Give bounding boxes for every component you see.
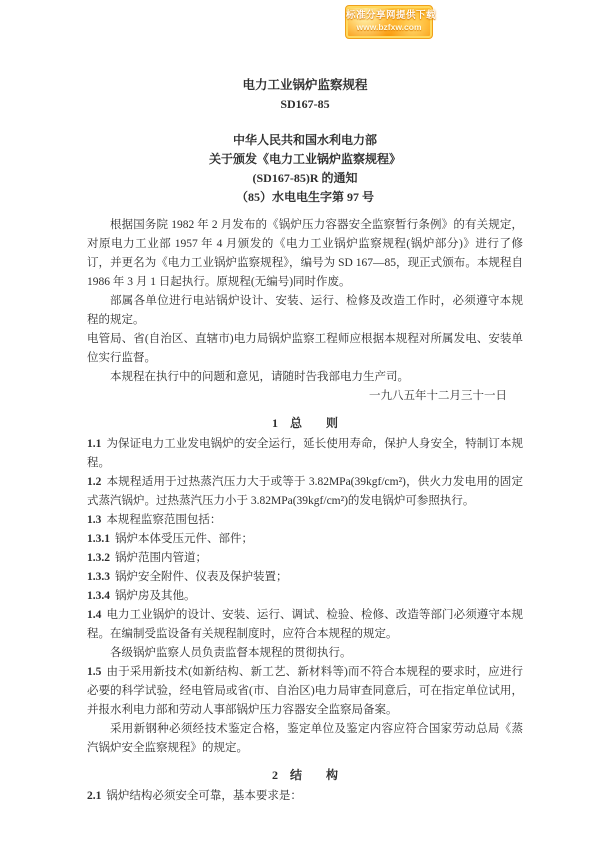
clause-number: 1.3.3 [87, 571, 110, 583]
issue-date: 一九八五年十二月三十一日 [87, 387, 523, 406]
preamble-paragraph-3: 电管局、省(自治区、直辖市)电力局锅炉监察工程师应根据本规程对所属发电、安装单位… [87, 330, 523, 368]
clause-2-1: 2.1锅炉结构必须安全可靠，基本要求是： [87, 787, 523, 806]
section-2-heading: 2 结 构 [87, 766, 523, 785]
clause-number: 1.1 [87, 438, 101, 450]
clause-text: 锅炉房及其他。 [115, 590, 196, 602]
clause-1-3-4: 1.3.4锅炉房及其他。 [87, 587, 523, 606]
notice-doc-number: (SD167-85)R 的通知 [87, 169, 523, 188]
notice-issuer: 中华人民共和国水利电力部 [87, 131, 523, 150]
clause-number: 2.1 [87, 790, 101, 802]
document-title: 电力工业锅炉监察规程 [87, 76, 523, 95]
preamble-paragraph-2: 部属各单位进行电站锅炉设计、安装、运行、检修及改造工作时，必须遵守本规程的规定。 [87, 292, 523, 330]
clause-1-3-2: 1.3.2锅炉范围内管道； [87, 549, 523, 568]
preamble-paragraph-1: 根据国务院 1982 年 2 月发布的《锅炉压力容器安全监察暂行条例》的有关规定… [87, 216, 523, 292]
clause-1-5-supplement: 采用新钢种必须经技术鉴定合格，鉴定单位及鉴定内容应符合国家劳动总局《蒸汽锅炉安全… [87, 720, 523, 758]
clause-text: 本规程适用于过热蒸汽压力大于或等于 3.82MPa(39kgf/cm²)，供火力… [87, 476, 523, 507]
section-1-heading: 1 总 则 [87, 414, 523, 433]
clause-1-4-supplement: 各级锅炉监察人员负责监督本规程的贯彻执行。 [87, 644, 523, 663]
document-code: SD167-85 [87, 95, 523, 114]
notice-ref-number: （85）水电电生字第 97 号 [87, 188, 523, 207]
document-body: 根据国务院 1982 年 2 月发布的《锅炉压力容器安全监察暂行条例》的有关规定… [87, 216, 523, 806]
clause-number: 1.4 [87, 609, 101, 621]
clause-1-1: 1.1为保证电力工业发电锅炉的安全运行，延长使用寿命，保护人身安全，特制订本规程… [87, 435, 523, 473]
clause-text: 锅炉范围内管道； [115, 552, 207, 564]
clause-text: 锅炉本体受压元件、部件； [115, 533, 253, 545]
preamble-paragraph-4: 本规程在执行中的问题和意见，请随时告我部电力生产司。 [87, 368, 523, 387]
clause-number: 1.3.2 [87, 552, 110, 564]
clause-text: 本规程监察范围包括： [106, 514, 221, 526]
clause-1-3-3: 1.3.3锅炉安全附件、仪表及保护装置； [87, 568, 523, 587]
clause-text: 为保证电力工业发电锅炉的安全运行，延长使用寿命，保护人身安全，特制订本规程。 [87, 438, 523, 469]
clause-number: 1.3.4 [87, 590, 110, 602]
document-content: 电力工业锅炉监察规程 SD167-85 中华人民共和国水利电力部 关于颁发《电力… [87, 0, 523, 806]
document-page: 标准分享网提供下载 www.bzfxw.com 电力工业锅炉监察规程 SD167… [0, 0, 600, 849]
clause-1-3: 1.3本规程监察范围包括： [87, 511, 523, 530]
clause-1-2: 1.2本规程适用于过热蒸汽压力大于或等于 3.82MPa(39kgf/cm²)，… [87, 473, 523, 511]
clause-text: 由于采用新技术(如新结构、新工艺、新材料等)而不符合本规程的要求时，应进行必要的… [87, 666, 523, 716]
clause-text: 电力工业锅炉的设计、安装、运行、调试、检验、检修、改造等部门必须遵守本规程。在编… [87, 609, 523, 640]
clause-number: 1.2 [87, 476, 101, 488]
clause-1-3-1: 1.3.1锅炉本体受压元件、部件； [87, 530, 523, 549]
clause-1-4: 1.4电力工业锅炉的设计、安装、运行、调试、检验、检修、改造等部门必须遵守本规程… [87, 606, 523, 644]
notice-header: 中华人民共和国水利电力部 关于颁发《电力工业锅炉监察规程》 (SD167-85)… [87, 131, 523, 207]
clause-text: 锅炉结构必须安全可靠，基本要求是： [106, 790, 302, 802]
clause-number: 1.3 [87, 514, 101, 526]
clause-text: 锅炉安全附件、仪表及保护装置； [115, 571, 288, 583]
notice-subject: 关于颁发《电力工业锅炉监察规程》 [87, 150, 523, 169]
clause-1-5: 1.5由于采用新技术(如新结构、新工艺、新材料等)而不符合本规程的要求时，应进行… [87, 663, 523, 720]
clause-number: 1.5 [87, 666, 101, 678]
clause-number: 1.3.1 [87, 533, 110, 545]
